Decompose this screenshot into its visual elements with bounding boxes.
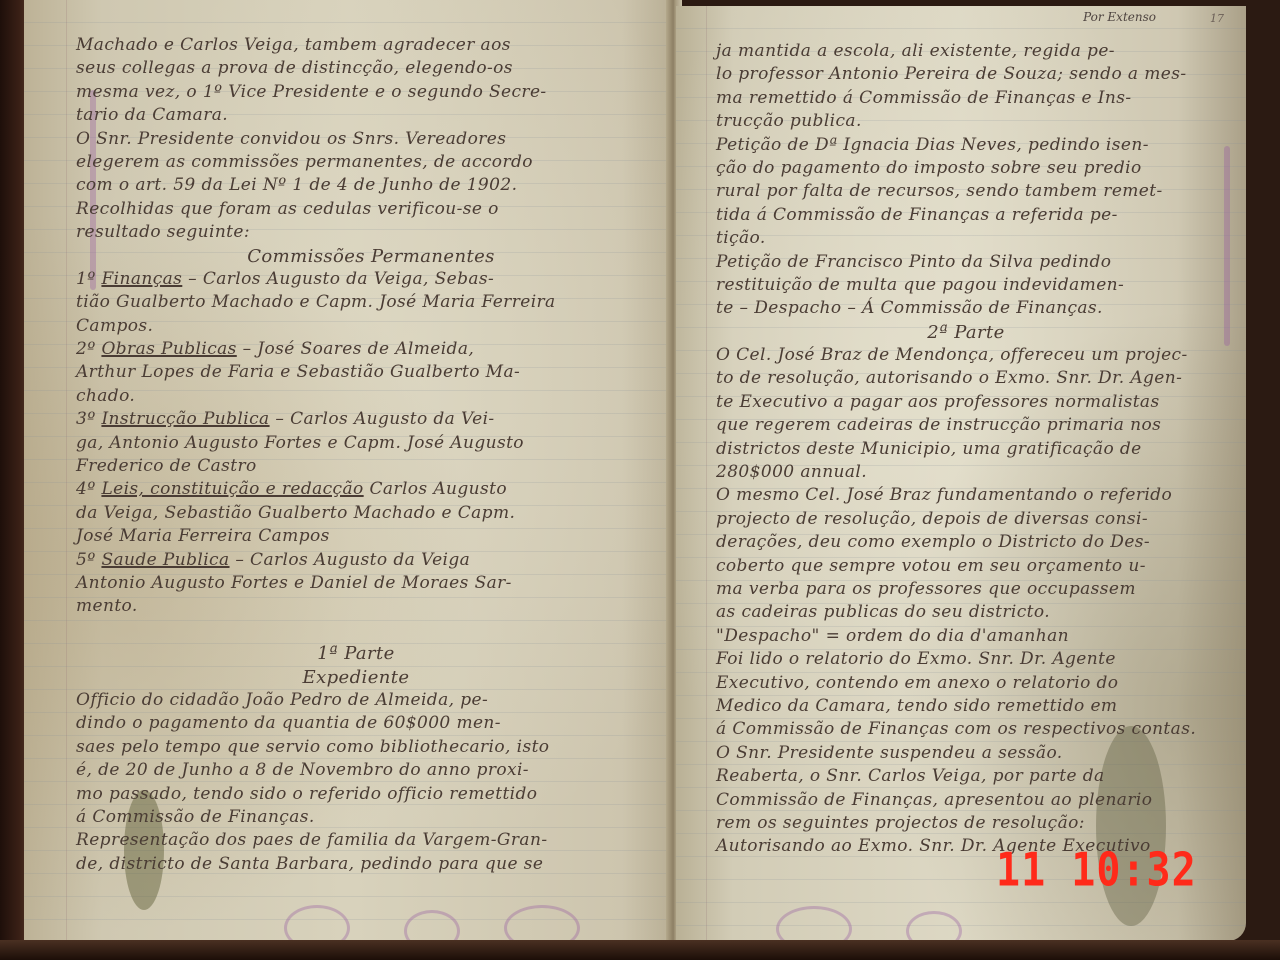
text-line: rem os seguintes projectos de resolução: <box>716 812 1216 835</box>
commission-number: 5º <box>76 550 96 570</box>
commission-number: 3º <box>76 409 96 429</box>
text-line: tião Gualberto Machado e Capm. José Mari… <box>76 291 666 314</box>
text-line: projecto de resolução, depois de diversa… <box>716 508 1216 531</box>
text-line: O mesmo Cel. José Braz fundamentando o r… <box>716 484 1216 507</box>
left-page-text: Machado e Carlos Veiga, tambem agradecer… <box>76 34 666 876</box>
commission-3: 3º Instrucção Publica – Carlos Augusto d… <box>76 408 666 431</box>
left-page: Machado e Carlos Veiga, tambem agradecer… <box>24 0 674 950</box>
text-line: á Commissão de Finanças com os respectiv… <box>716 718 1216 741</box>
text-line: Frederico de Castro <box>76 455 666 478</box>
text-line: trucção publica. <box>716 110 1216 133</box>
text-line: 280$000 annual. <box>716 461 1216 484</box>
text-line: á Commissão de Finanças. <box>76 806 666 829</box>
text-line: O Cel. José Braz de Mendonça, offereceu … <box>716 344 1216 367</box>
commission-1: 1º Finanças – Carlos Augusto da Veiga, S… <box>76 268 666 291</box>
text-line: Petição de Dª Ignacia Dias Neves, pedind… <box>716 134 1216 157</box>
ledger-photo: Machado e Carlos Veiga, tambem agradecer… <box>0 0 1280 960</box>
text-line: mo passado, tendo sido o referido offici… <box>76 783 666 806</box>
right-page: Por Extenso 17 ja mantida a escola, ali … <box>676 6 1246 941</box>
text-line: ja mantida a escola, ali existente, regi… <box>716 40 1216 63</box>
right-page-text: ja mantida a escola, ali existente, regi… <box>716 40 1216 859</box>
text-line: Recolhidas que foram as cedulas verifico… <box>76 198 666 221</box>
text-line: seus collegas a prova de distincção, ele… <box>76 57 666 80</box>
text-line: Antonio Augusto Fortes e Daniel de Morae… <box>76 572 666 595</box>
commission-name: Instrucção Publica <box>101 409 269 429</box>
text-line: tario da Camara. <box>76 104 666 127</box>
text-line: ma verba para os professores que occupas… <box>716 578 1216 601</box>
text-line: te Executivo a pagar aos professores nor… <box>716 391 1216 414</box>
part-subheading: Expediente <box>76 666 636 689</box>
stamp-mark <box>776 906 852 941</box>
text-line: lo professor Antonio Pereira de Souza; s… <box>716 63 1216 86</box>
part-heading: 1ª Parte <box>76 642 636 665</box>
commission-4: 4º Leis, constituição e redacção Carlos … <box>76 478 666 501</box>
text-line: da Veiga, Sebastião Gualberto Machado e … <box>76 502 666 525</box>
text-line: to de resolução, autorisando o Exmo. Snr… <box>716 367 1216 390</box>
text-line: as cadeiras publicas do seu districto. <box>716 601 1216 624</box>
text-line: Foi lido o relatorio do Exmo. Snr. Dr. A… <box>716 648 1216 671</box>
commission-name: Finanças <box>101 269 182 289</box>
commission-name: Leis, constituição e redacção <box>101 479 363 499</box>
commission-members: – Carlos Augusto da Veiga, Sebas- <box>188 269 494 289</box>
text-line: O Snr. Presidente suspendeu a sessão. <box>716 742 1216 765</box>
text-line: ma remettido á Commissão de Finanças e I… <box>716 87 1216 110</box>
text-line: saes pelo tempo que servio como biblioth… <box>76 736 666 759</box>
text-line: Officio do cidadão João Pedro de Almeida… <box>76 689 666 712</box>
text-line: Arthur Lopes de Faria e Sebastião Gualbe… <box>76 361 666 384</box>
text-line: tição. <box>716 227 1216 250</box>
text-line: Reaberta, o Snr. Carlos Veiga, por parte… <box>716 765 1216 788</box>
text-line: Executivo, contendo em anexo o relatorio… <box>716 672 1216 695</box>
text-line: elegerem as commissões permanentes, de a… <box>76 151 666 174</box>
text-line: Petição de Francisco Pinto da Silva pedi… <box>716 251 1216 274</box>
part-heading: 2ª Parte <box>716 321 1216 344</box>
purple-ink-stain <box>1224 146 1230 346</box>
text-line: resultado seguinte: <box>76 221 666 244</box>
text-line: que regerem cadeiras de instrucção prima… <box>716 414 1216 437</box>
text-line: Representação dos paes de familia da Var… <box>76 829 666 852</box>
commission-number: 1º <box>76 269 96 289</box>
commission-members: – Carlos Augusto da Vei- <box>275 409 494 429</box>
corner-note: Por Extenso <box>1083 10 1156 24</box>
text-line: José Maria Ferreira Campos <box>76 525 666 548</box>
text-line: ção do pagamento do imposto sobre seu pr… <box>716 157 1216 180</box>
text-line: Medico da Camara, tendo sido remettido e… <box>716 695 1216 718</box>
commission-number: 4º <box>76 479 96 499</box>
page-number: 17 <box>1210 12 1224 25</box>
text-line: mento. <box>76 595 666 618</box>
commission-members: – Carlos Augusto da Veiga <box>235 550 470 570</box>
text-line: "Despacho" = ordem do dia d'amanhan <box>716 625 1216 648</box>
commission-name: Saude Publica <box>101 550 229 570</box>
text-line: Machado e Carlos Veiga, tambem agradecer… <box>76 34 666 57</box>
book-bottom-edge <box>0 940 1280 960</box>
commission-2: 2º Obras Publicas – José Soares de Almei… <box>76 338 666 361</box>
margin-line <box>706 6 707 941</box>
text-line: te – Despacho – Á Commissão de Finanças. <box>716 297 1216 320</box>
commission-name: Obras Publicas <box>101 339 236 359</box>
text-line: dindo o pagamento da quantia de 60$000 m… <box>76 712 666 735</box>
camera-datestamp: 11 10:32 <box>996 844 1197 897</box>
text-line: Commissão de Finanças, apresentou ao ple… <box>716 789 1216 812</box>
text-line: chado. <box>76 385 666 408</box>
text-line: coberto que sempre votou em seu orçament… <box>716 555 1216 578</box>
text-line: é, de 20 de Junho a 8 de Novembro do ann… <box>76 759 666 782</box>
commission-members: – José Soares de Almeida, <box>243 339 475 359</box>
commission-number: 2º <box>76 339 96 359</box>
spacer <box>76 619 666 642</box>
text-line: Campos. <box>76 315 666 338</box>
text-line: restituição de multa que pagou indevidam… <box>716 274 1216 297</box>
text-line: derações, deu como exemplo o Districto d… <box>716 531 1216 554</box>
text-line: ga, Antonio Augusto Fortes e Capm. José … <box>76 432 666 455</box>
text-line: com o art. 59 da Lei Nº 1 de 4 de Junho … <box>76 174 666 197</box>
commission-5: 5º Saude Publica – Carlos Augusto da Vei… <box>76 549 666 572</box>
text-line: tida á Commissão de Finanças a referida … <box>716 204 1216 227</box>
commission-members: Carlos Augusto <box>369 479 507 499</box>
margin-line <box>66 0 67 948</box>
text-line: O Snr. Presidente convidou os Snrs. Vere… <box>76 128 666 151</box>
text-line: de, districto de Santa Barbara, pedindo … <box>76 853 666 876</box>
stamp-mark <box>906 911 962 941</box>
section-heading: Commissões Permanentes <box>76 245 666 268</box>
text-line: districtos deste Municipio, uma gratific… <box>716 438 1216 461</box>
text-line: mesma vez, o 1º Vice Presidente e o segu… <box>76 81 666 104</box>
text-line: rural por falta de recursos, sendo tambe… <box>716 180 1216 203</box>
